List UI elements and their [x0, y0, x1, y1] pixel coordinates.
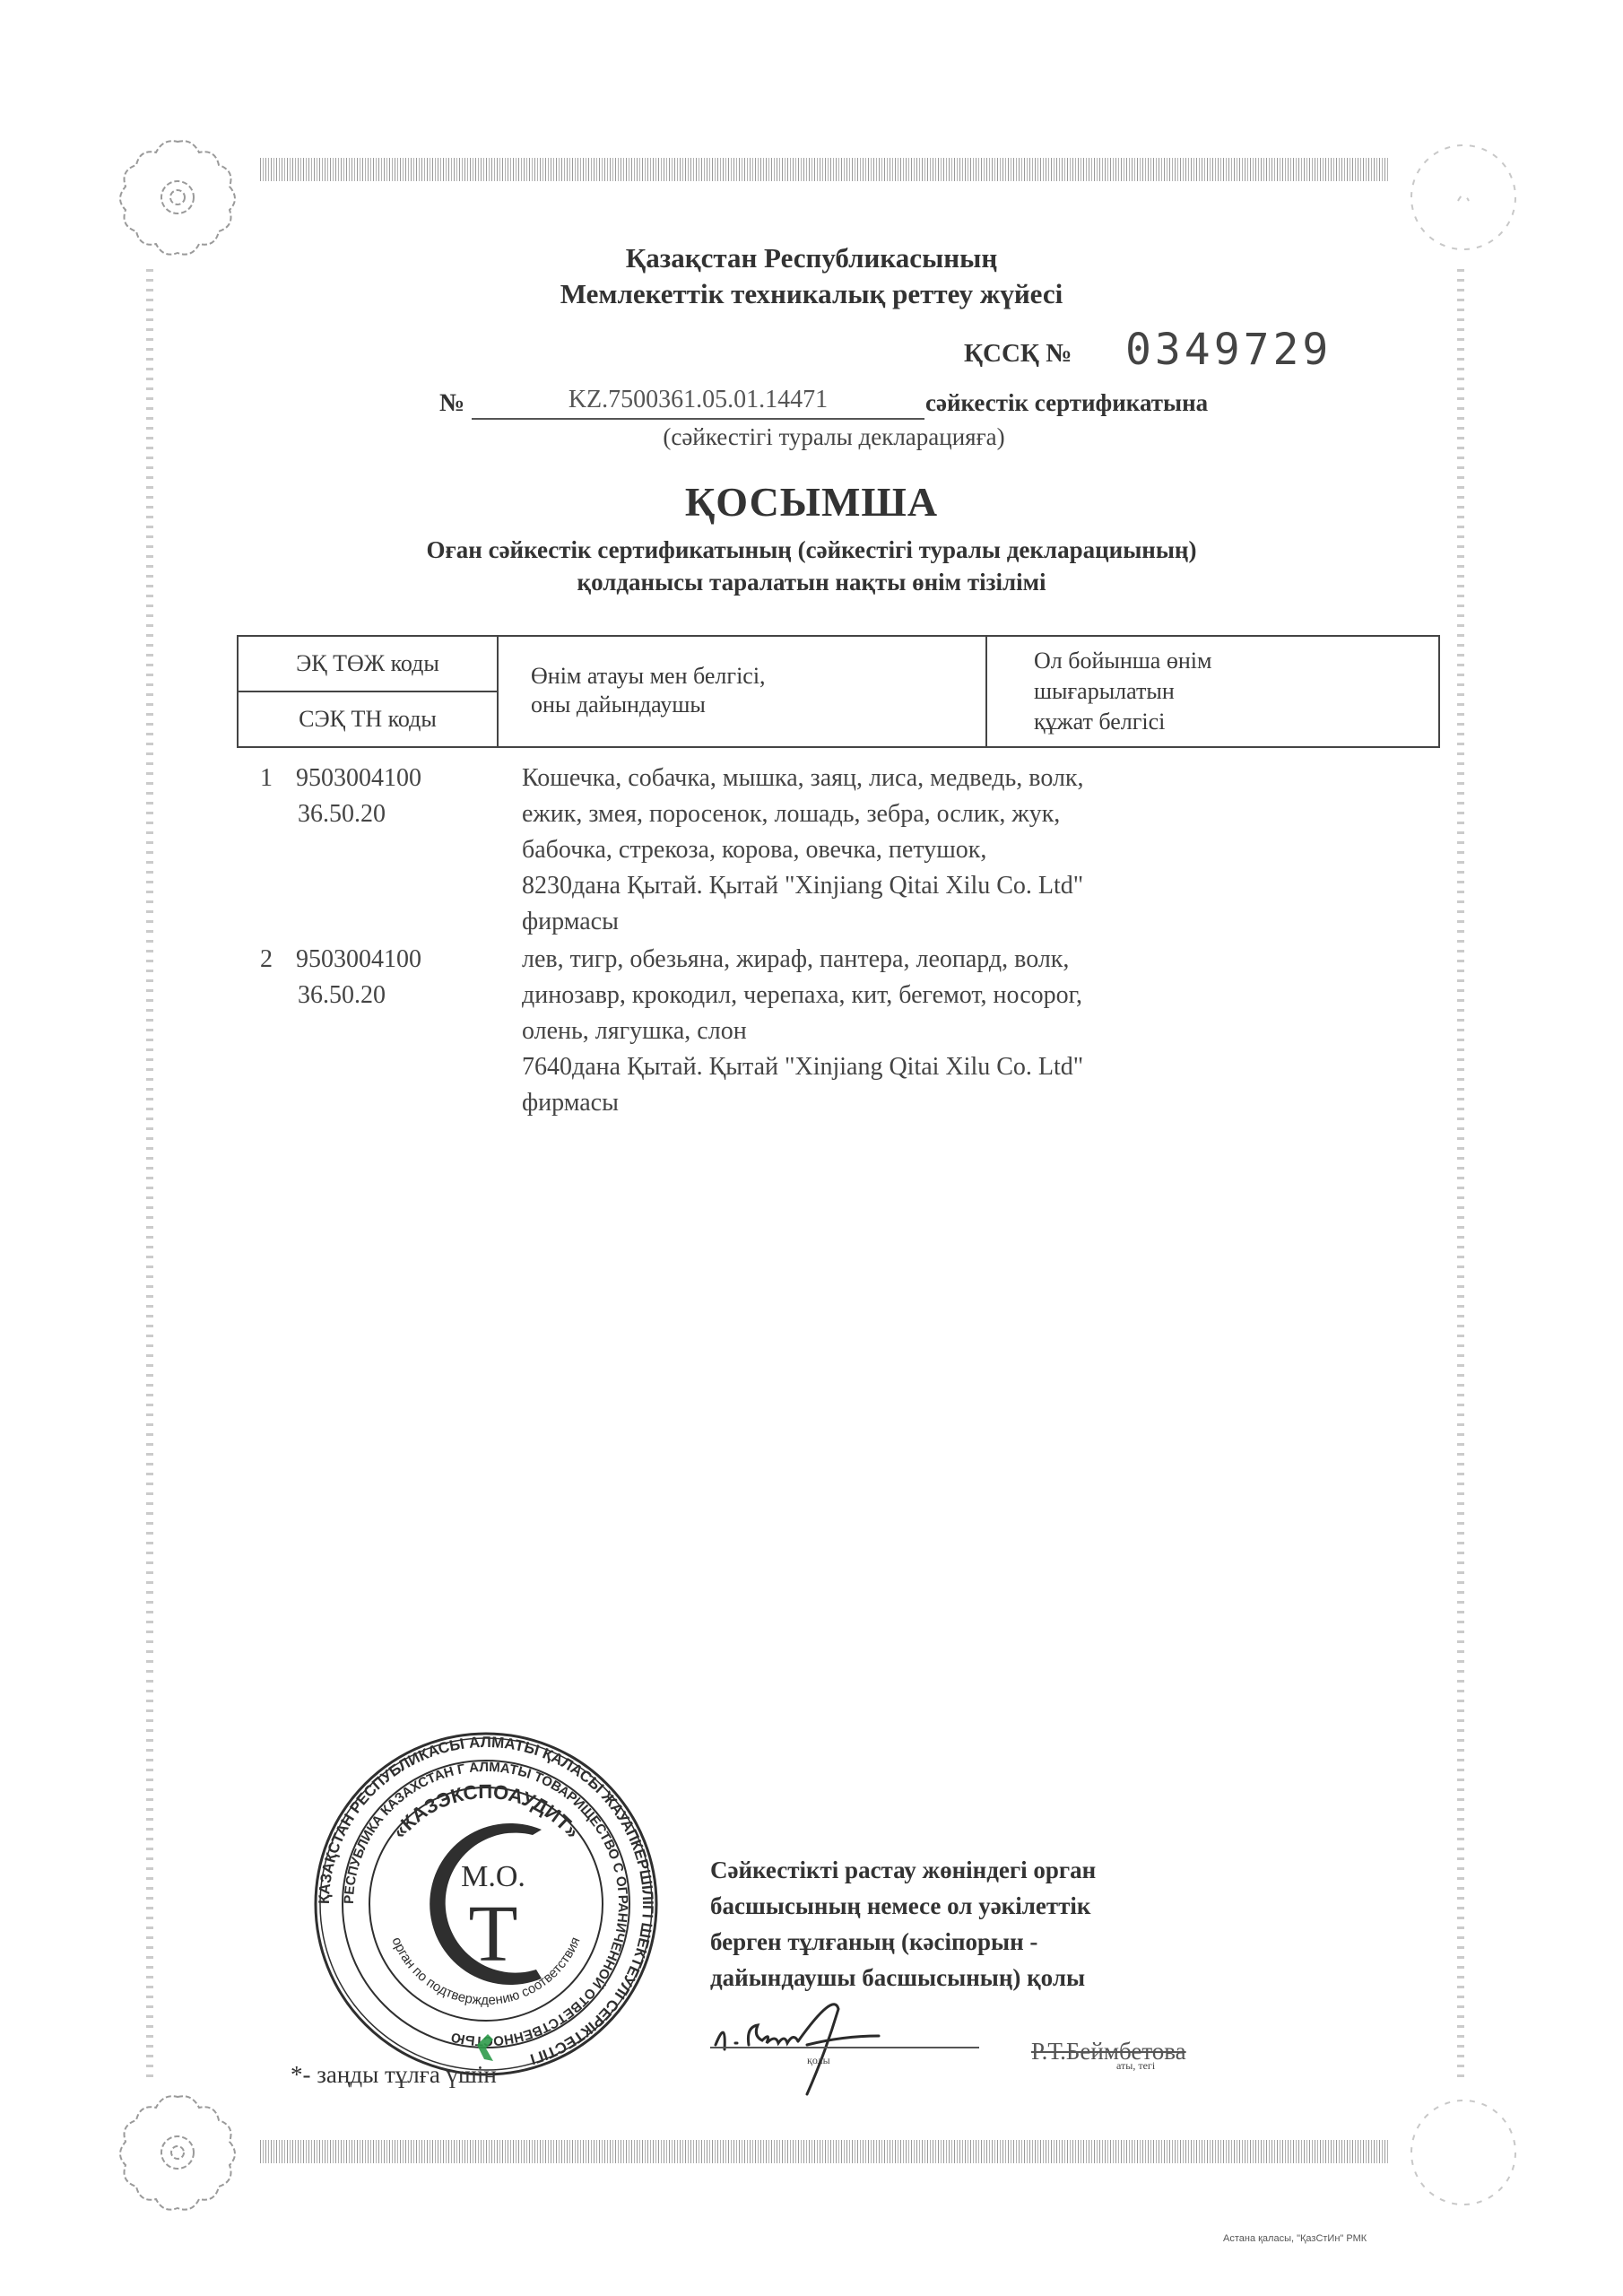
decorative-border-bottom: [260, 2140, 1390, 2163]
header-country: Қазақстан Республикасының: [0, 242, 1623, 274]
certificate-number-field: KZ.7500361.05.01.14471: [472, 386, 924, 420]
signature-caption: қолы: [807, 2054, 830, 2067]
declaration-note: (сәйкестігі туралы декларацияға): [0, 423, 1623, 451]
footnote: *- заңды тұлға үшін: [291, 2061, 497, 2089]
rosette-ornament-icon: [115, 135, 240, 260]
header-ec-code: ЭҚ ТӨЖ коды: [239, 637, 497, 692]
header-system: Мемлекеттік техникалық реттеу жүйесі: [0, 278, 1623, 310]
decorative-border-top: [260, 158, 1390, 181]
handwritten-signature-icon: [708, 2000, 977, 2099]
row-description: Кошечка, собачка, мышка, заяц, лиса, мед…: [522, 761, 1221, 940]
page-title: ҚОСЫМША: [0, 478, 1623, 526]
code-column-header: ЭҚ ТӨЖ коды СЭҚ ТН коды: [239, 637, 499, 746]
row-number: 2: [260, 942, 280, 978]
rosette-ornament-icon: [1401, 2090, 1526, 2215]
cert-form-number: 0349729: [1125, 325, 1332, 375]
signer-name: Р.Т.Беймбетова: [1031, 2038, 1186, 2066]
row-codes: 9503004100 36.50.20: [296, 942, 511, 1013]
row-codes: 9503004100 36.50.20: [296, 761, 511, 832]
certificate-suffix: сәйкестік сертификатына: [925, 389, 1208, 417]
product-table-header: ЭҚ ТӨЖ коды СЭҚ ТН коды Өнім атауы мен б…: [237, 635, 1440, 748]
subtitle-line1: Оған сәйкестік сертификатының (сәйкестіг…: [0, 536, 1623, 564]
signer-caption: аты, тегі: [1116, 2059, 1155, 2073]
signature-line: [710, 2047, 979, 2048]
number-sign: №: [439, 389, 464, 418]
stamp-center-top: М.О.: [461, 1860, 525, 1893]
signature-authority-text: Сәйкестікті растау жөніндегі орган басшы…: [710, 1852, 1212, 1996]
official-stamp: ҚАЗАҚСТАН РЕСПУБЛИКАСЫ АЛМАТЫ ҚАЛАСЫ ЖАУ…: [307, 1729, 665, 2079]
row-description: лев, тигр, обезьяна, жираф, пантера, лео…: [522, 942, 1221, 1121]
stamp-center-letter: Т: [469, 1890, 518, 1979]
row-number: 1: [260, 761, 280, 796]
printer-note: Астана қаласы, "ҚазСтИн" РМК: [1223, 2233, 1367, 2244]
subtitle-line2: қолданысы таралатын нақты өнім тізілімі: [0, 569, 1623, 596]
header-product-name: Өнім атауы мен белгісі, оны дайындаушы: [499, 637, 987, 746]
header-hs-code: СЭҚ ТН коды: [239, 692, 497, 746]
header-document: Ол бойынша өнім шығарылатын құжат белгіс…: [989, 637, 1437, 746]
rosette-ornament-icon: [115, 2090, 240, 2215]
cert-form-label: ҚССҚ №: [964, 339, 1072, 369]
rosette-ornament-icon: [1401, 135, 1526, 260]
